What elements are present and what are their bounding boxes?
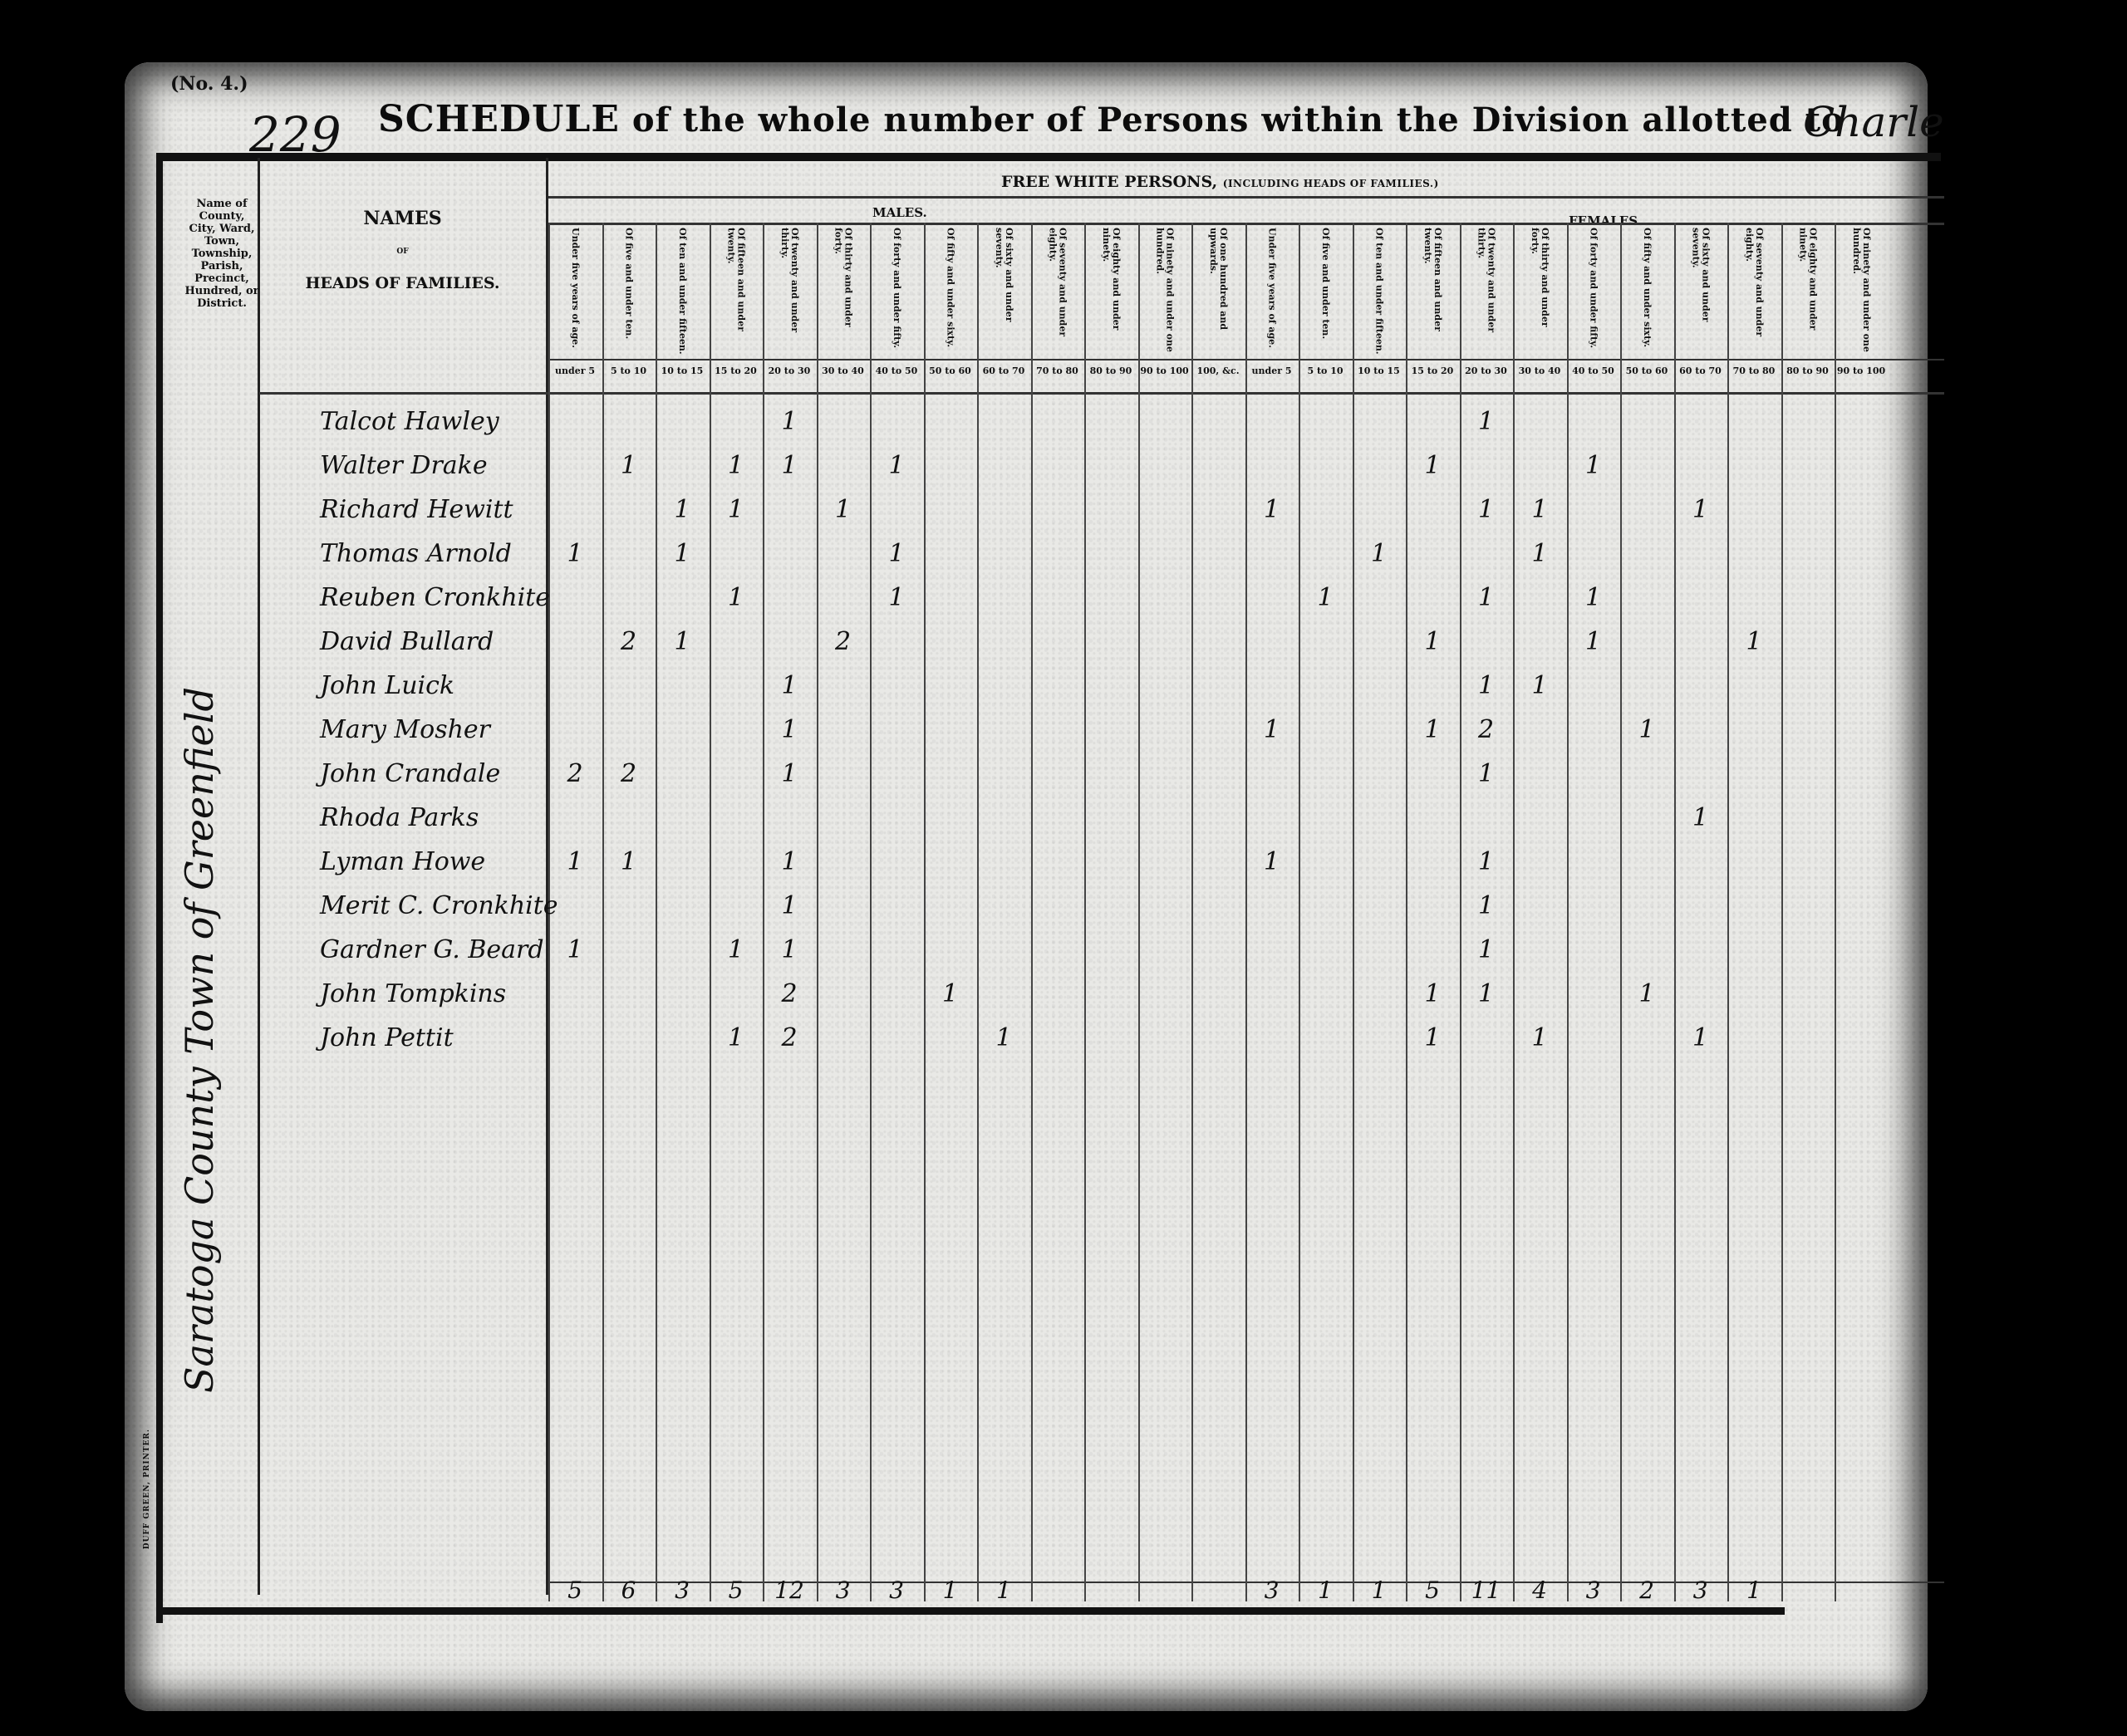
female-column-desc: Of fifteen and under twenty. — [1422, 228, 1442, 356]
male-column-header: Of thirty and under forty. — [817, 228, 870, 360]
female-column-desc: Of five and under ten. — [1320, 228, 1330, 356]
female-column-8 — [1674, 223, 1676, 1601]
female-tally: 1 — [1460, 495, 1513, 524]
female-column-range: 30 to 40 — [1513, 365, 1566, 376]
female-tally: 1 — [1406, 1023, 1459, 1052]
male-column-desc: Of fifteen and under twenty. — [726, 228, 746, 356]
female-tally: 1 — [1620, 979, 1673, 1008]
female-column-range: 20 to 30 — [1460, 365, 1513, 376]
male-column-desc: Of seventy and under eighty. — [1048, 228, 1068, 356]
female-tally: 1 — [1353, 539, 1406, 568]
male-column-total: 3 — [870, 1577, 923, 1604]
female-column-header: Of fifteen and under twenty. — [1406, 228, 1459, 360]
female-tally: 1 — [1674, 1023, 1727, 1052]
male-column-range: 50 to 60 — [924, 365, 977, 376]
male-tally: 2 — [763, 979, 816, 1008]
including-heads-note: (INCLUDING HEADS OF FAMILIES.) — [1223, 178, 1439, 189]
female-tally: 1 — [1460, 407, 1513, 436]
female-column-header: Of ten and under fifteen. — [1353, 228, 1406, 360]
male-tally: 1 — [602, 451, 656, 480]
male-tally: 1 — [548, 539, 602, 568]
female-column-9 — [1727, 223, 1729, 1601]
head-of-family-name: Rhoda Parks — [320, 803, 586, 832]
female-column-desc: Of ninety and under one hundred. — [1851, 228, 1871, 356]
male-column-header: Of fifteen and under twenty. — [710, 228, 763, 360]
body-divider — [259, 392, 1944, 395]
male-column-desc: Of ninety and under one hundred. — [1155, 228, 1175, 356]
female-column-desc: Under five years of age. — [1267, 228, 1277, 356]
female-column-desc: Of sixty and under seventy. — [1691, 228, 1711, 356]
male-tally: 1 — [763, 407, 816, 436]
female-tally: 1 — [1460, 583, 1513, 612]
female-column-6 — [1567, 223, 1569, 1601]
female-tally: 1 — [1674, 803, 1727, 832]
female-tally: 1 — [1567, 583, 1620, 612]
female-column-header: Of seventy and under eighty. — [1727, 228, 1781, 360]
male-column-12 — [1191, 223, 1193, 1601]
male-column-desc: Of twenty and under thirty. — [779, 228, 799, 356]
female-column-desc: Of fifty and under sixty. — [1642, 228, 1652, 356]
female-column-header: Of ninety and under one hundred. — [1835, 228, 1888, 360]
male-column-6 — [870, 223, 872, 1601]
male-column-2 — [656, 223, 657, 1601]
male-tally: 1 — [656, 495, 709, 524]
male-column-desc: Under five years of age. — [570, 228, 580, 356]
female-tally: 1 — [1460, 891, 1513, 920]
free-white-persons-header: FREE WHITE PERSONS, (INCLUDING HEADS OF … — [1001, 173, 1439, 191]
male-tally: 1 — [656, 627, 709, 656]
title-prefix: SCHEDULE — [378, 98, 620, 140]
district-value: Saratoga County Town of Greenfield — [177, 645, 222, 1393]
male-tally: 1 — [924, 979, 977, 1008]
head-of-family-name: John Tompkins — [320, 979, 586, 1008]
male-column-total: 3 — [817, 1577, 870, 1604]
names-header-line-3: HEADS OF FAMILIES. — [259, 274, 546, 292]
male-column-header: Of ninety and under one hundred. — [1138, 228, 1191, 360]
female-tally: 1 — [1513, 1023, 1566, 1052]
printer-imprint: DUFF GREEN, PRINTER. — [143, 1429, 151, 1549]
head-of-family-name: John Luick — [320, 671, 586, 700]
head-of-family-name: Gardner G. Beard — [320, 935, 586, 964]
female-column-total: 4 — [1513, 1577, 1566, 1604]
male-column-range: 100, &c. — [1191, 365, 1245, 376]
female-column-header: Of eighty and under ninety. — [1781, 228, 1835, 360]
female-tally: 1 — [1620, 715, 1673, 744]
female-column-11 — [1835, 223, 1836, 1601]
female-tally: 1 — [1460, 759, 1513, 788]
male-tally: 1 — [710, 451, 763, 480]
form-number: (No. 4.) — [170, 73, 248, 95]
female-tally: 1 — [1299, 583, 1352, 612]
female-tally: 1 — [1567, 627, 1620, 656]
male-tally: 1 — [763, 935, 816, 964]
female-column-desc: Of thirty and under forty. — [1530, 228, 1550, 356]
male-column-desc: Of thirty and under forty. — [833, 228, 853, 356]
male-column-range: 15 to 20 — [710, 365, 763, 376]
male-column-range: 90 to 100 — [1138, 365, 1191, 376]
male-column-desc: Of one hundred and upwards. — [1208, 228, 1228, 356]
male-tally: 2 — [763, 1023, 816, 1052]
female-column-header: Of twenty and under thirty. — [1460, 228, 1513, 360]
female-column-total: 3 — [1674, 1577, 1727, 1604]
male-column-total: 6 — [602, 1577, 656, 1604]
male-column-9 — [1031, 223, 1033, 1601]
head-of-family-name: Merit C. Cronkhite — [320, 891, 586, 920]
female-column-range: 40 to 50 — [1567, 365, 1620, 376]
males-header: MALES. — [872, 205, 927, 220]
female-tally: 1 — [1406, 979, 1459, 1008]
male-column-11 — [1138, 223, 1140, 1601]
female-column-0 — [1245, 223, 1247, 1601]
female-column-total: 5 — [1406, 1577, 1459, 1604]
female-column-header: Under five years of age. — [1245, 228, 1299, 360]
female-column-header: Of five and under ten. — [1299, 228, 1352, 360]
male-column-range: 30 to 40 — [817, 365, 870, 376]
male-tally: 1 — [710, 495, 763, 524]
male-column-header: Of five and under ten. — [602, 228, 656, 360]
names-column-header: NAMES OF HEADS OF FAMILIES. — [259, 208, 546, 292]
head-of-family-name: Talcot Hawley — [320, 407, 586, 436]
male-tally: 1 — [602, 847, 656, 876]
male-column-3 — [710, 223, 711, 1601]
male-tally: 1 — [763, 451, 816, 480]
female-column-header: Of thirty and under forty. — [1513, 228, 1566, 360]
male-tally: 1 — [710, 935, 763, 964]
female-column-range: 80 to 90 — [1781, 365, 1835, 376]
male-tally: 1 — [763, 891, 816, 920]
female-column-desc: Of forty and under fifty. — [1589, 228, 1599, 356]
female-column-5 — [1513, 223, 1515, 1601]
male-column-range: 40 to 50 — [870, 365, 923, 376]
header-divider — [548, 196, 1944, 199]
female-tally: 1 — [1460, 935, 1513, 964]
female-column-total: 3 — [1245, 1577, 1299, 1604]
female-column-desc: Of ten and under fifteen. — [1374, 228, 1384, 356]
male-tally: 1 — [977, 1023, 1030, 1052]
male-column-7 — [924, 223, 926, 1601]
male-tally: 2 — [817, 627, 870, 656]
female-tally: 1 — [1245, 495, 1299, 524]
names-header-line-2: OF — [259, 248, 546, 256]
male-column-1 — [602, 223, 604, 1601]
male-tally: 1 — [656, 539, 709, 568]
head-of-family-name: Mary Mosher — [320, 715, 586, 744]
head-of-family-name: Richard Hewitt — [320, 495, 586, 524]
male-column-range: 20 to 30 — [763, 365, 816, 376]
female-column-total: 1 — [1353, 1577, 1406, 1604]
female-column-10 — [1781, 223, 1783, 1601]
names-column — [259, 158, 548, 1595]
female-column-range: 15 to 20 — [1406, 365, 1459, 376]
female-column-total: 1 — [1727, 1577, 1781, 1604]
male-tally: 1 — [548, 935, 602, 964]
male-column-desc: Of ten and under fifteen. — [677, 228, 687, 356]
female-tally: 1 — [1513, 539, 1566, 568]
male-column-range: 80 to 90 — [1084, 365, 1137, 376]
male-column-range: 60 to 70 — [977, 365, 1030, 376]
male-column-desc: Of fifty and under sixty. — [946, 228, 955, 356]
head-of-family-name: John Pettit — [320, 1023, 586, 1052]
female-column-header: Of fifty and under sixty. — [1620, 228, 1673, 360]
female-tally: 1 — [1245, 715, 1299, 744]
female-column-7 — [1620, 223, 1622, 1601]
female-tally: 1 — [1460, 979, 1513, 1008]
female-tally: 1 — [1406, 627, 1459, 656]
title-rest: of the whole number of Persons within th… — [632, 101, 1845, 140]
names-header-line-1: NAMES — [259, 208, 546, 229]
female-column-2 — [1353, 223, 1354, 1601]
head-of-family-name: Walter Drake — [320, 451, 586, 480]
female-column-range: under 5 — [1245, 365, 1299, 376]
male-tally: 1 — [870, 583, 923, 612]
female-column-desc: Of twenty and under thirty. — [1476, 228, 1496, 356]
female-column-range: 10 to 15 — [1353, 365, 1406, 376]
male-column-header: Under five years of age. — [548, 228, 602, 360]
female-column-range: 50 to 60 — [1620, 365, 1673, 376]
male-tally: 1 — [763, 715, 816, 744]
male-column-header: Of forty and under fifty. — [870, 228, 923, 360]
male-tally: 1 — [870, 451, 923, 480]
male-tally: 1 — [710, 1023, 763, 1052]
male-tally: 1 — [710, 583, 763, 612]
female-tally: 2 — [1460, 715, 1513, 744]
female-tally: 1 — [1406, 715, 1459, 744]
male-tally: 1 — [870, 539, 923, 568]
male-column-range: under 5 — [548, 365, 602, 376]
male-column-total: 1 — [977, 1577, 1030, 1604]
male-column-desc: Of forty and under fifty. — [892, 228, 901, 356]
male-tally: 1 — [763, 847, 816, 876]
division-name: Charle — [1803, 98, 1944, 146]
female-column-range: 5 to 10 — [1299, 365, 1352, 376]
female-column-desc: Of eighty and under ninety. — [1798, 228, 1818, 356]
head-of-family-name: David Bullard — [320, 627, 586, 656]
free-white-persons-label: FREE WHITE PERSONS, — [1001, 173, 1217, 191]
male-column-header: Of ten and under fifteen. — [656, 228, 709, 360]
head-of-family-name: Lyman Howe — [320, 847, 586, 876]
male-column-desc: Of sixty and under seventy. — [994, 228, 1014, 356]
male-column-range: 70 to 80 — [1031, 365, 1084, 376]
male-tally: 2 — [602, 627, 656, 656]
female-column-range: 60 to 70 — [1674, 365, 1727, 376]
female-tally: 1 — [1674, 495, 1727, 524]
male-tally: 1 — [817, 495, 870, 524]
female-tally: 1 — [1245, 847, 1299, 876]
male-column-10 — [1084, 223, 1086, 1601]
male-column-header: Of twenty and under thirty. — [763, 228, 816, 360]
male-column-range: 5 to 10 — [602, 365, 656, 376]
female-tally: 1 — [1513, 671, 1566, 700]
female-column-total: 11 — [1460, 1577, 1513, 1604]
male-column-total: 1 — [924, 1577, 977, 1604]
male-column-total: 3 — [656, 1577, 709, 1604]
female-tally: 1 — [1406, 451, 1459, 480]
female-tally: 1 — [1460, 847, 1513, 876]
female-column-total: 1 — [1299, 1577, 1352, 1604]
female-column-range: 90 to 100 — [1835, 365, 1888, 376]
male-tally: 1 — [548, 847, 602, 876]
male-column-desc: Of five and under ten. — [624, 228, 634, 356]
female-tally: 1 — [1567, 451, 1620, 480]
male-column-total: 5 — [710, 1577, 763, 1604]
male-column-header: Of fifty and under sixty. — [924, 228, 977, 360]
district-column-header: Name of County, City, Ward, Town, Townsh… — [184, 198, 259, 310]
female-column-range: 70 to 80 — [1727, 365, 1781, 376]
male-column-total: 5 — [548, 1577, 602, 1604]
male-tally: 1 — [763, 671, 816, 700]
female-tally: 1 — [1727, 627, 1781, 656]
female-column-header: Of forty and under fifty. — [1567, 228, 1620, 360]
head-of-family-name: John Crandale — [320, 759, 586, 788]
female-column-desc: Of seventy and under eighty. — [1744, 228, 1764, 356]
male-column-5 — [817, 223, 818, 1601]
female-column-3 — [1406, 223, 1407, 1601]
female-column-total: 2 — [1620, 1577, 1673, 1604]
female-column-total: 3 — [1567, 1577, 1620, 1604]
male-column-header: Of one hundred and upwards. — [1191, 228, 1245, 360]
female-tally: 1 — [1460, 671, 1513, 700]
female-column-1 — [1299, 223, 1300, 1601]
schedule-title: SCHEDULE of the whole number of Persons … — [378, 98, 1845, 140]
male-column-8 — [977, 223, 979, 1601]
head-of-family-name: Reuben Cronkhite — [320, 583, 586, 612]
male-column-range: 10 to 15 — [656, 365, 709, 376]
male-column-total: 12 — [763, 1577, 816, 1604]
male-tally: 2 — [602, 759, 656, 788]
male-column-header: Of seventy and under eighty. — [1031, 228, 1084, 360]
females-header: FEMALES. — [1569, 213, 1642, 228]
female-column-header: Of sixty and under seventy. — [1674, 228, 1727, 360]
male-column-desc: Of eighty and under ninety. — [1101, 228, 1121, 356]
male-tally: 2 — [548, 759, 602, 788]
male-column-header: Of sixty and under seventy. — [977, 228, 1030, 360]
schedule-frame-bottom — [156, 1607, 1785, 1615]
male-column-header: Of eighty and under ninety. — [1084, 228, 1137, 360]
male-tally: 1 — [763, 759, 816, 788]
head-of-family-name: Thomas Arnold — [320, 539, 586, 568]
female-tally: 1 — [1513, 495, 1566, 524]
